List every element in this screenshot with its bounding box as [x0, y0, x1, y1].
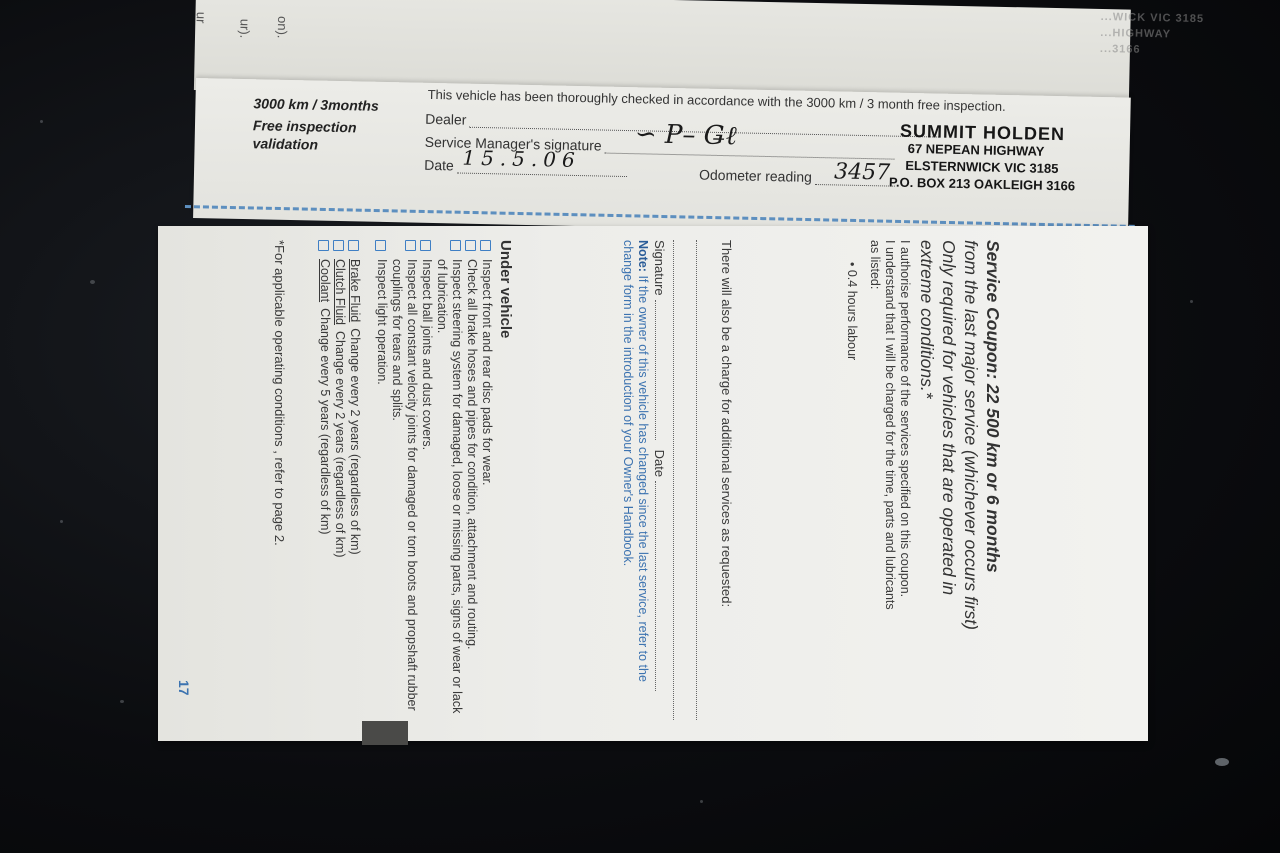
additional-services-line-1[interactable] [696, 240, 709, 720]
service-coupon-heading: Service Coupon: 22 500 km or 6 months fr… [916, 240, 1004, 720]
checklist-text: Inspect all constant velocity joints for… [389, 259, 419, 720]
coupon-title-line: validation [252, 133, 378, 156]
odometer-label: Odometer reading [699, 167, 812, 185]
labour-item: • 0.4 hours labour [845, 262, 859, 720]
checklist-text: Inspect light operation. [374, 259, 389, 385]
checklist-item[interactable]: Check all brake hoses and pipes for cond… [464, 240, 479, 720]
authorisation-line: I understand that I will be charged for … [882, 240, 897, 720]
checkbox-icon[interactable] [480, 240, 491, 251]
under-vehicle-heading: Under vehicle [497, 240, 514, 720]
checklist-item[interactable]: Inspect all constant velocity joints for… [389, 240, 419, 720]
heading-line: from the last major service (whichever o… [960, 240, 982, 720]
checkbox-icon[interactable] [405, 240, 416, 251]
additional-services-line-2[interactable] [673, 240, 686, 720]
faded-stamp: ...WICK VIC 3185 ...HIGHWAY ...3166 [1100, 9, 1280, 65]
odometer-value: 3457 [834, 159, 891, 185]
checkbox-icon[interactable] [450, 240, 461, 251]
checkbox-icon[interactable] [465, 240, 476, 251]
dealer-stamp: SUMMIT HOLDEN 67 NEPEAN HIGHWAY ELSTERNW… [899, 123, 1077, 195]
checklist-text: Inspect front and rear disc pads for wea… [479, 259, 494, 486]
note-label: Note: [636, 240, 650, 272]
checklist-text: Inspect steering system for damaged, loo… [434, 259, 464, 720]
fluid-item[interactable]: Clutch FluidChange every 2 years (regard… [332, 240, 347, 720]
note-text: If the owner of this vehicle has changed… [621, 240, 650, 682]
owner-change-note: Note: If the owner of this vehicle has c… [620, 240, 650, 720]
heading-line: Only required for vehicles that are oper… [938, 240, 960, 720]
edge-fragment: ur [194, 12, 209, 24]
index-tab [362, 721, 408, 745]
date-value: 15.5.06 [462, 146, 581, 172]
edge-fragment: on). [275, 16, 290, 39]
signature-label: Signature [652, 240, 667, 296]
page-number: 17 [176, 680, 192, 696]
stamp-po-box: P.O. Box 213 OAKLEIGH 3166 [889, 174, 1075, 195]
fluid-text: Change every 5 years (regardless of km) [317, 308, 332, 534]
signature-date-row: Signature Date [652, 240, 667, 720]
faded-stamp-line: ...3166 [1100, 41, 1280, 61]
service-page-content: Service Coupon: 22 500 km or 6 months fr… [14, 240, 1004, 740]
authorisation-text: I authorise performance of the services … [867, 240, 912, 720]
additional-services-text: There will also be a charge for addition… [719, 240, 734, 720]
signature-scrawl: ∽ P– Ǥℓ [635, 119, 737, 151]
checklist-item[interactable]: Inspect ball joints and dust covers. [419, 240, 434, 720]
coupon-title-line: 3000 km / 3months [253, 93, 379, 116]
checklist-item[interactable]: Inspect light operation. [374, 240, 389, 720]
dealer-label: Dealer [425, 111, 467, 128]
fluid-name: Brake Fluid [347, 259, 362, 322]
fluid-item[interactable]: CoolantChange every 5 years (regardless … [317, 240, 332, 720]
date-field[interactable] [655, 481, 667, 691]
date-label: Date [424, 157, 454, 174]
fluid-name: Clutch Fluid [332, 259, 347, 325]
checklist-item[interactable]: Inspect front and rear disc pads for wea… [479, 240, 494, 720]
authorisation-line: I authorise performance of the services … [897, 240, 912, 720]
checkbox-icon[interactable] [420, 240, 431, 251]
checkbox-icon[interactable] [333, 240, 344, 251]
fluid-change-list: Brake FluidChange every 2 years (regardl… [317, 240, 362, 720]
checklist-text: Inspect ball joints and dust covers. [419, 259, 434, 450]
edge-fragment: ur). [237, 19, 252, 39]
checkbox-icon[interactable] [348, 240, 359, 251]
checklist-item[interactable]: Inspect steering system for damaged, loo… [434, 240, 464, 720]
authorisation-line: as listed: [867, 240, 882, 720]
footnote: *For applicable operating conditions , r… [272, 240, 287, 720]
fluid-text: Change every 2 years (regardless of km) [347, 328, 362, 554]
free-inspection-coupon: 3000 km / 3months Free inspection valida… [193, 78, 1131, 238]
fluid-name: Coolant [317, 259, 332, 302]
heading-line: extreme conditions.* [916, 240, 938, 720]
fluid-item[interactable]: Brake FluidChange every 2 years (regardl… [347, 240, 362, 720]
coupon-title: 3000 km / 3months Free inspection valida… [252, 93, 379, 156]
under-vehicle-list: Inspect front and rear disc pads for wea… [374, 240, 494, 720]
checkbox-icon[interactable] [375, 240, 386, 251]
checkbox-icon[interactable] [318, 240, 329, 251]
fluid-text: Change every 2 years (regardless of km) [332, 331, 347, 557]
heading-bold: Service Coupon: 22 500 km or 6 months [982, 240, 1004, 720]
signature-field[interactable] [655, 300, 667, 440]
checklist-text: Check all brake hoses and pipes for cond… [464, 259, 479, 650]
date-label: Date [652, 450, 667, 477]
